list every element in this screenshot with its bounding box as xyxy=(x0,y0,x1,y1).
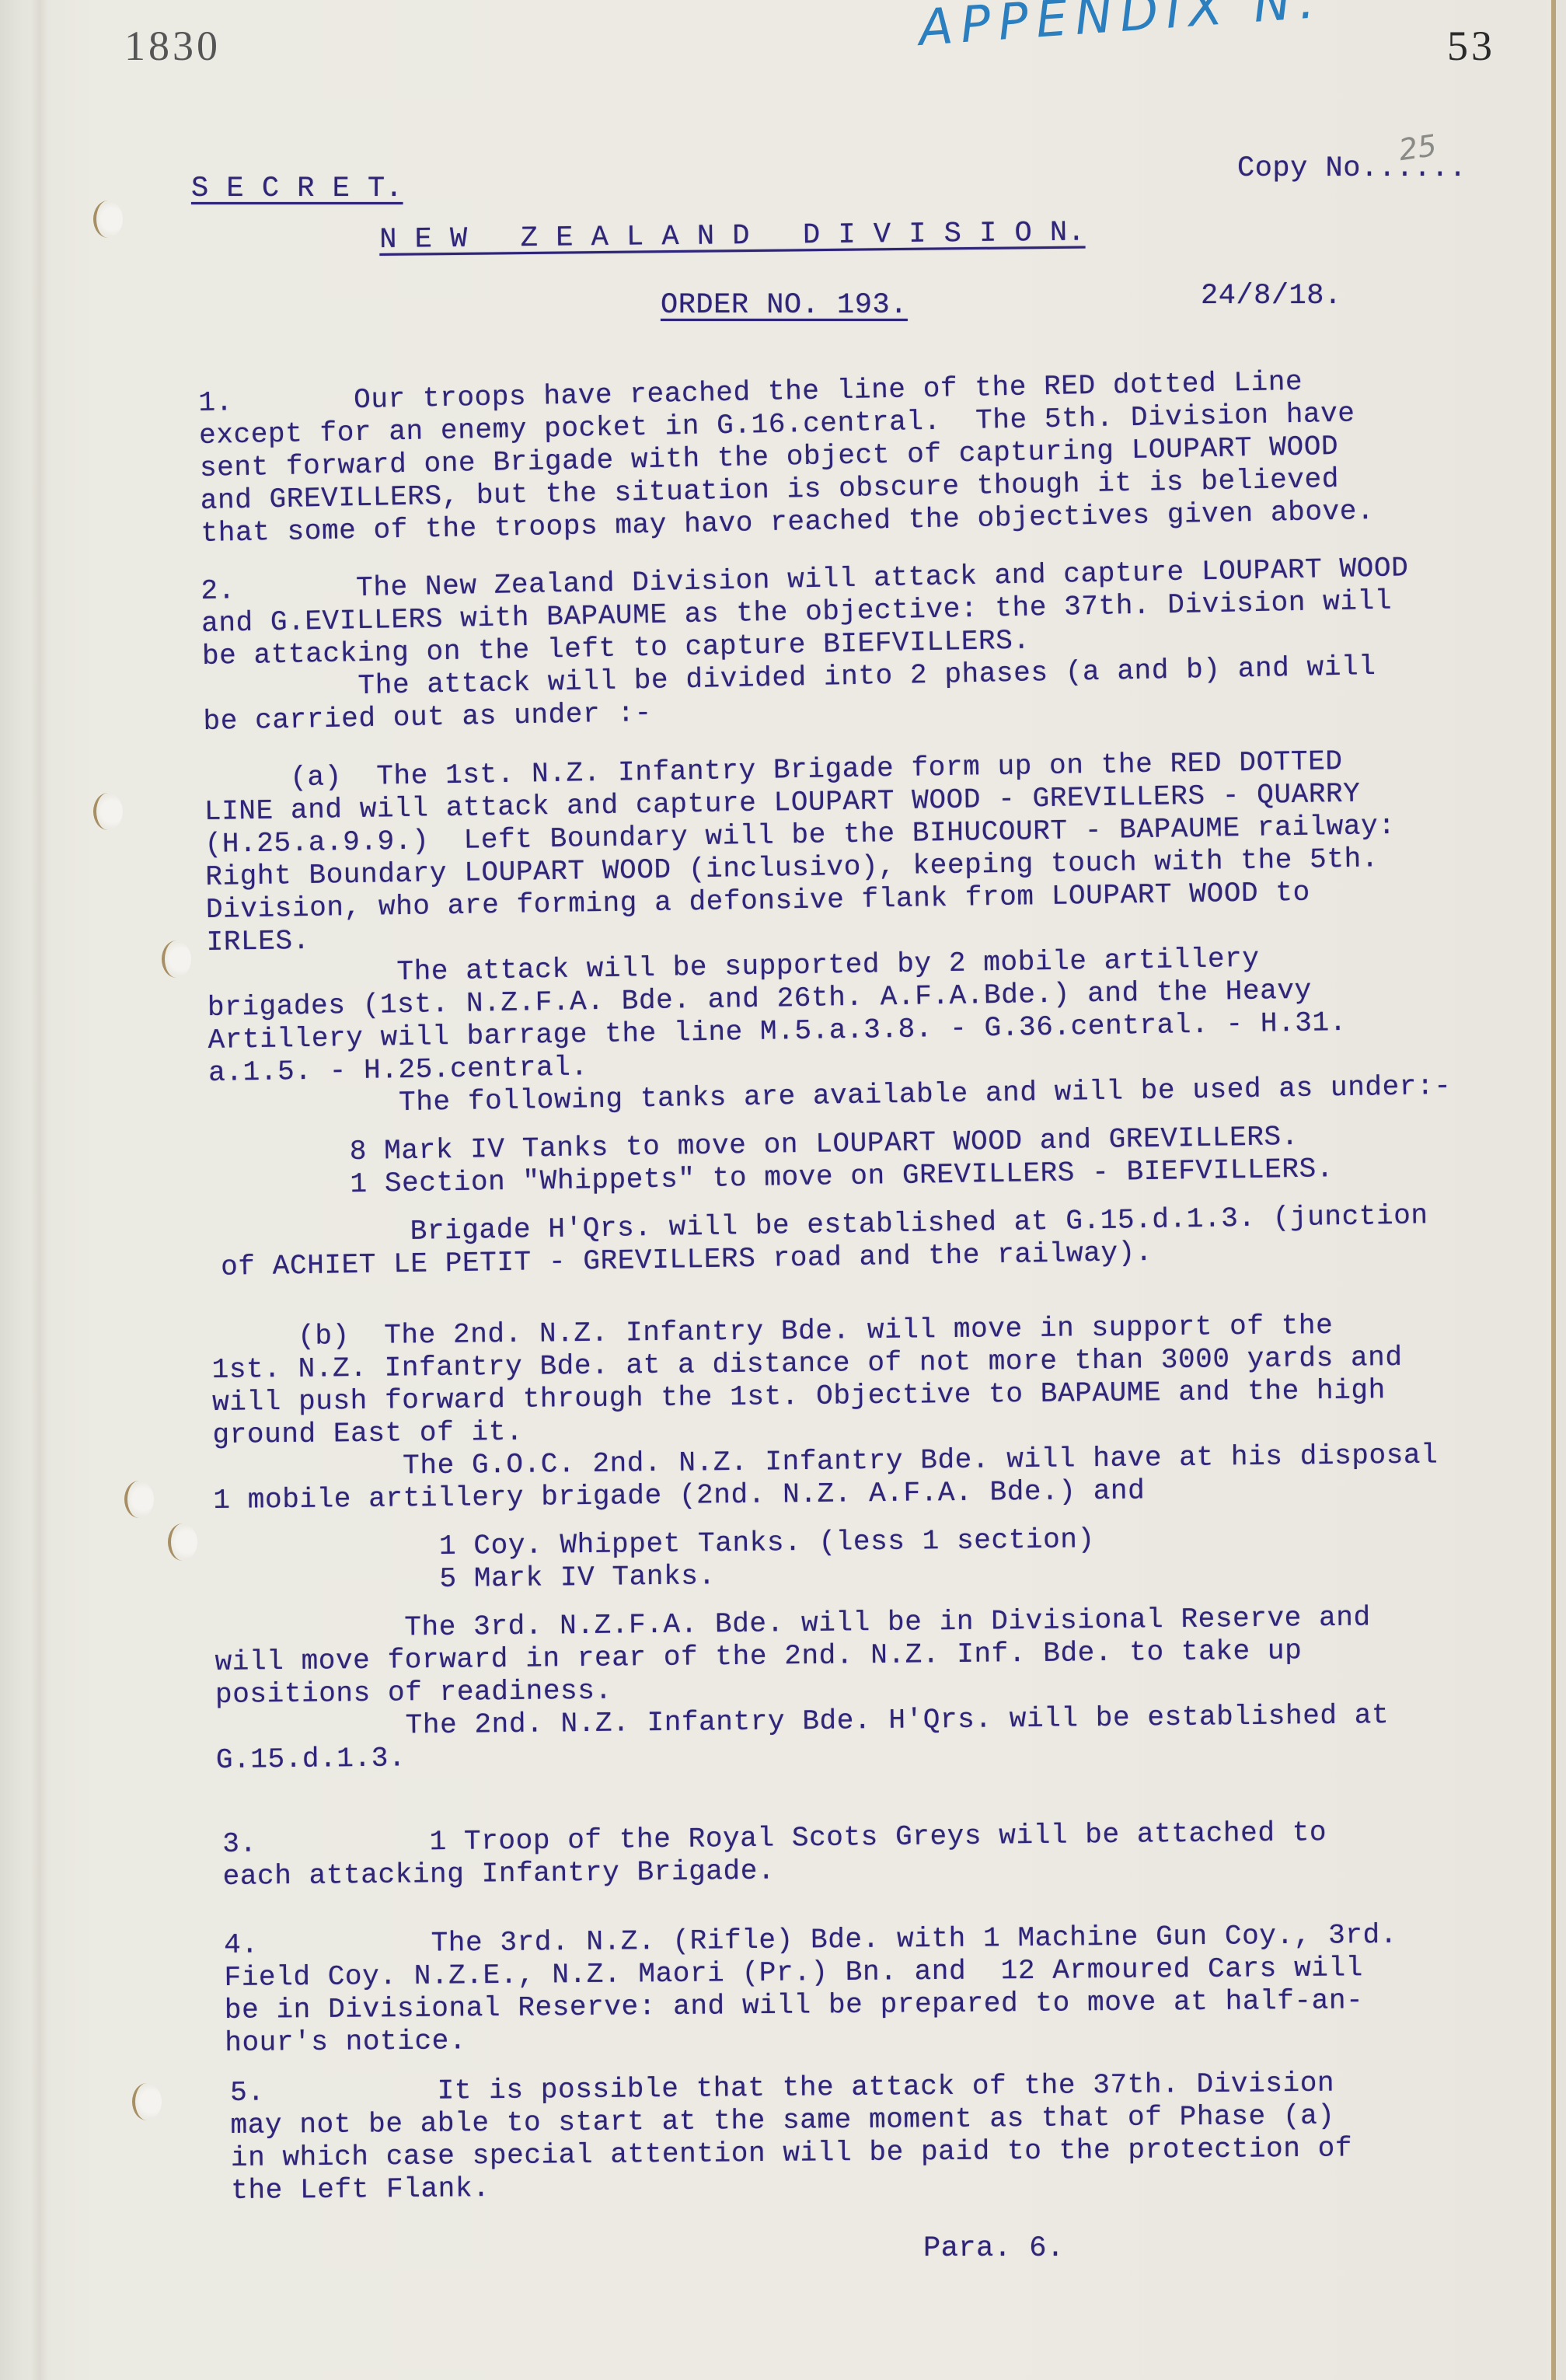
punch-hole xyxy=(132,2083,162,2120)
paragraph-5: 5. It is possible that the attack of the… xyxy=(230,2065,1566,2207)
paragraph-2: 2. The New Zealand Division will attack … xyxy=(201,550,1540,738)
punch-hole xyxy=(168,1523,197,1561)
order-title: ORDER NO. 193. xyxy=(661,289,908,322)
continuation-marker: Para. 6. xyxy=(923,2232,1065,2265)
punch-hole xyxy=(93,793,123,830)
document-page: 1830 APPENDIX N. 53 Copy No...... 25 S E… xyxy=(0,0,1547,2380)
paragraph-3: 3. 1 Troop of the Royal Scots Greys will… xyxy=(222,1814,1560,1893)
archive-stamp-left: 1830 xyxy=(124,22,221,70)
classification-heading: S E C R E T. xyxy=(191,173,403,205)
paragraph-2a: (a) The 1st. N.Z. Infantry Brigade form … xyxy=(204,742,1548,1284)
punch-hole xyxy=(93,201,123,238)
adjacent-page-edge xyxy=(1556,0,1566,2380)
handwritten-appendix-label: APPENDIX N. xyxy=(917,0,1324,58)
punch-hole xyxy=(124,1481,154,1518)
order-date: 24/8/18. xyxy=(1201,280,1342,312)
page-number-stamp: 53 xyxy=(1447,22,1495,70)
copy-number-handwritten: 25 xyxy=(1397,128,1439,167)
paragraph-1: 1. Our troops have reached the line of t… xyxy=(198,361,1538,550)
unit-heading: N E W Z E A L A N D D I V I S I O N. xyxy=(379,216,1086,256)
paragraph-2b: (b) The 2nd. N.Z. Infantry Bde. will mov… xyxy=(211,1307,1553,1777)
punch-hole xyxy=(162,940,191,978)
paragraph-4: 4. The 3rd. N.Z. (Rifle) Bde. with 1 Mac… xyxy=(224,1918,1561,2060)
binding-fold xyxy=(31,0,48,2380)
